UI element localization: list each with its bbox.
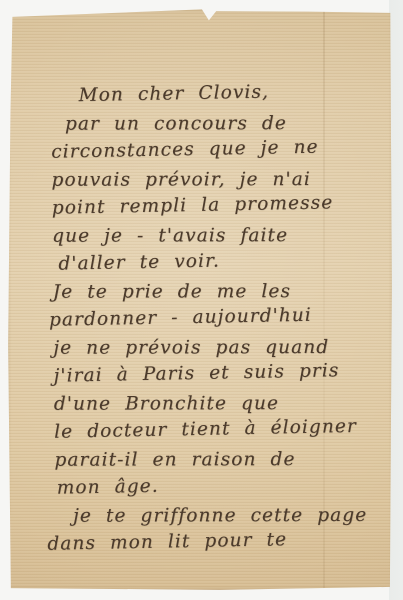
letter-line: d'aller te voir. [52,244,378,278]
letter-line: dans mon lit pour te [47,524,381,558]
letter-line: circonstances que je ne [51,132,377,166]
letter-line: pardonner - aujourd'hui [49,300,379,334]
letter-line: point rempli la promesse [52,188,378,222]
letter-line: j'irai à Paris et suis pris [53,356,379,390]
letter-line-salutation: Mon cher Clovis, [50,76,376,110]
letter-body: Mon cher Clovis, par un concours de circ… [51,79,382,558]
letter-paper: Mon cher Clovis, par un concours de circ… [7,7,393,591]
letter-line: le docteur tient à éloigner [54,412,380,446]
letter-line: mon âge. [54,468,380,502]
scan-background: Mon cher Clovis, par un concours de circ… [0,0,403,600]
